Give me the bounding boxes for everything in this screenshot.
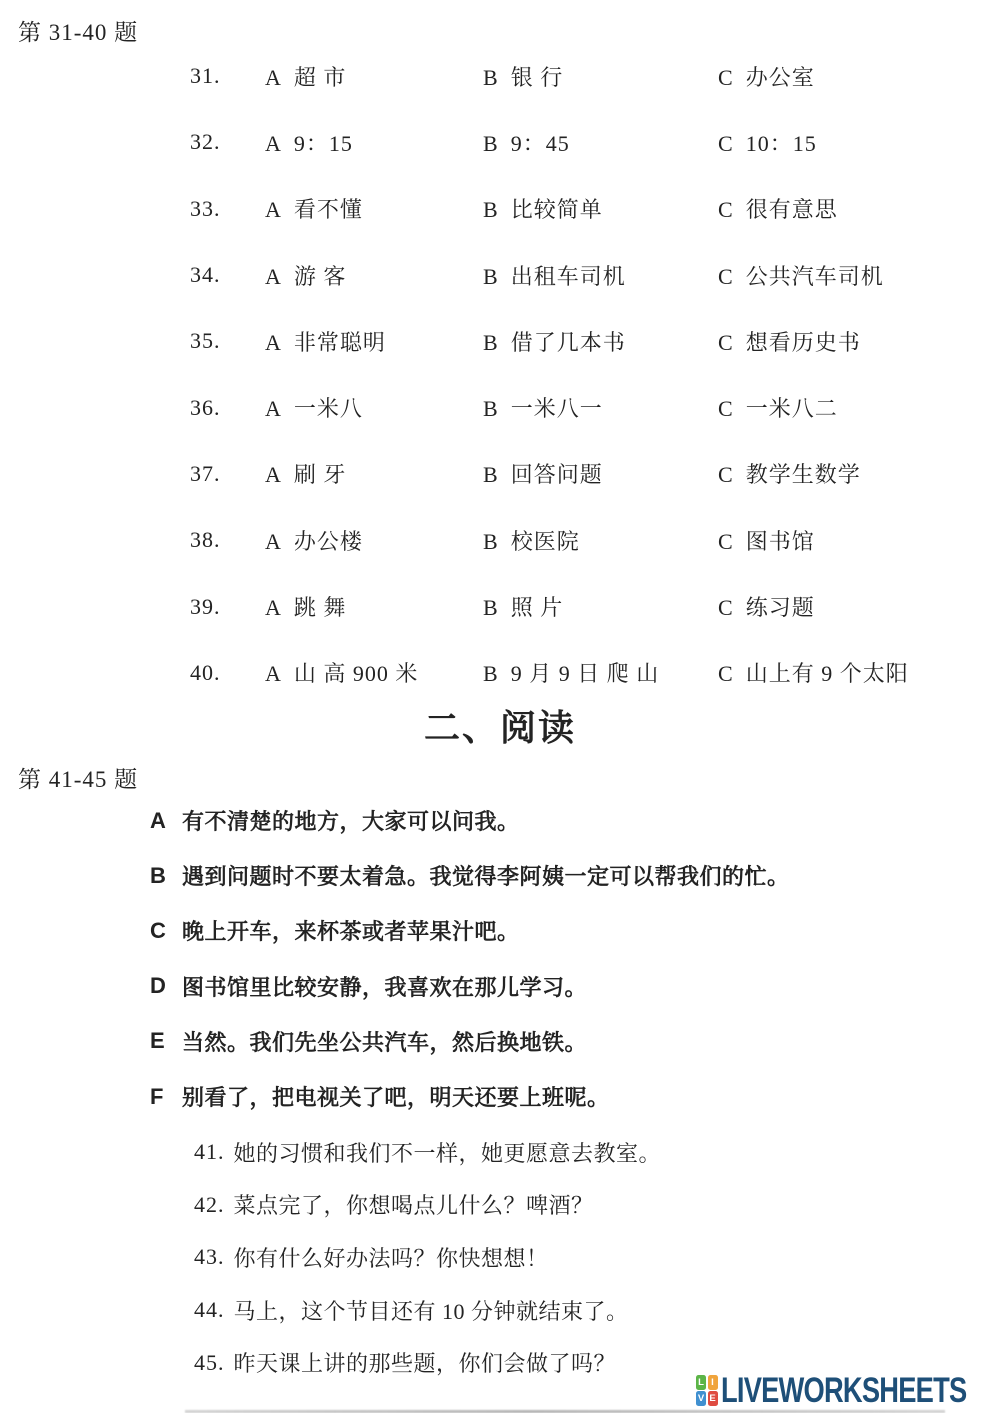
liveworksheets-logo[interactable]: L I V E LIVEWORKSHEETS bbox=[696, 1373, 1000, 1408]
mcq-row-33: 33. A看不懂 B比较简单 C很有意思 bbox=[0, 176, 1000, 242]
choice-text: 有不清楚的地方，大家可以问我。 bbox=[182, 805, 520, 836]
choice-letter: D bbox=[150, 973, 182, 999]
mcq-row-34: 34. A游 客 B出租车司机 C公共汽车司机 bbox=[0, 242, 1000, 308]
option-b[interactable]: B9：45 bbox=[483, 127, 718, 158]
choice-row-d: D 图书馆里比较安静，我喜欢在那儿学习。 bbox=[0, 959, 1000, 1014]
choice-text: 别看了，把电视关了吧，明天还要上班呢。 bbox=[182, 1081, 610, 1112]
choice-row-f: F 别看了，把电视关了吧，明天还要上班呢。 bbox=[0, 1069, 1000, 1124]
choice-letter: F bbox=[150, 1084, 182, 1110]
choice-letter: C bbox=[150, 918, 182, 944]
option-a[interactable]: A游 客 bbox=[265, 260, 483, 291]
option-c[interactable]: C公共汽车司机 bbox=[718, 260, 1000, 291]
choice-text: 当然。我们先坐公共汽车，然后换地铁。 bbox=[182, 1026, 587, 1057]
worksheet-page: 第 31-40 题 31. A超 市 B银 行 C办公室 32. A9：15 B… bbox=[0, 0, 1000, 1413]
choice-letter: E bbox=[150, 1028, 182, 1054]
option-a[interactable]: A刷 牙 bbox=[265, 458, 483, 489]
option-b[interactable]: B照 片 bbox=[483, 591, 718, 622]
question-number: 36. bbox=[190, 395, 265, 421]
option-c[interactable]: C想看历史书 bbox=[718, 326, 1000, 357]
option-a[interactable]: A非常聪明 bbox=[265, 326, 483, 357]
option-b[interactable]: B出租车司机 bbox=[483, 260, 718, 291]
question-text: 马上，这个节目还有 10 分钟就结束了。 bbox=[234, 1295, 629, 1326]
question-text: 你有什么好办法吗？你快想想！ bbox=[234, 1242, 549, 1273]
option-b[interactable]: B比较简单 bbox=[483, 193, 718, 224]
option-b[interactable]: B9 月 9 日 爬 山 bbox=[483, 657, 718, 688]
question-row-43[interactable]: 43. 你有什么好办法吗？你快想想！ bbox=[0, 1231, 1000, 1284]
choice-text: 图书馆里比较安静，我喜欢在那儿学习。 bbox=[182, 971, 587, 1002]
tile-i: I bbox=[708, 1375, 718, 1390]
matching-choice-list: A 有不清楚的地方，大家可以问我。 B 遇到问题时不要太着急。我觉得李阿姨一定可… bbox=[0, 793, 1000, 1124]
section2-header: 第 41-45 题 bbox=[18, 761, 138, 794]
option-b[interactable]: B一米八一 bbox=[483, 392, 718, 423]
section2-title: 二、阅读 bbox=[0, 700, 1000, 751]
option-b[interactable]: B校医院 bbox=[483, 525, 718, 556]
option-a[interactable]: A超 市 bbox=[265, 61, 483, 92]
question-number: 41. bbox=[194, 1139, 225, 1165]
choice-row-c: C 晚上开车，来杯茶或者苹果汁吧。 bbox=[0, 903, 1000, 958]
choice-row-b: B 遇到问题时不要太着急。我觉得李阿姨一定可以帮我们的忙。 bbox=[0, 848, 1000, 903]
question-number: 32. bbox=[190, 129, 265, 155]
question-row-42[interactable]: 42. 菜点完了，你想喝点儿什么？啤酒？ bbox=[0, 1179, 1000, 1232]
mcq-row-39: 39. A跳 舞 B照 片 C练习题 bbox=[0, 573, 1000, 639]
option-a[interactable]: A跳 舞 bbox=[265, 591, 483, 622]
option-c[interactable]: C图书馆 bbox=[718, 525, 1000, 556]
question-text: 她的习惯和我们不一样，她更愿意去教室。 bbox=[234, 1137, 662, 1168]
mcq-row-35: 35. A非常聪明 B借了几本书 C想看历史书 bbox=[0, 308, 1000, 374]
question-number: 44. bbox=[194, 1297, 225, 1323]
option-a[interactable]: A9：15 bbox=[265, 127, 483, 158]
option-c[interactable]: C很有意思 bbox=[718, 193, 1000, 224]
question-number: 40. bbox=[190, 660, 265, 686]
question-number: 31. bbox=[190, 63, 265, 89]
question-row-41[interactable]: 41. 她的习惯和我们不一样，她更愿意去教室。 bbox=[0, 1126, 1000, 1179]
option-a[interactable]: A办公楼 bbox=[265, 525, 483, 556]
option-c[interactable]: C办公室 bbox=[718, 61, 1000, 92]
question-row-44[interactable]: 44. 马上，这个节目还有 10 分钟就结束了。 bbox=[0, 1284, 1000, 1337]
option-a[interactable]: A看不懂 bbox=[265, 193, 483, 224]
matching-question-list: 41. 她的习惯和我们不一样，她更愿意去教室。 42. 菜点完了，你想喝点儿什么… bbox=[0, 1126, 1000, 1389]
option-a[interactable]: A山 高 900 米 bbox=[265, 657, 483, 688]
option-b[interactable]: B银 行 bbox=[483, 61, 718, 92]
tile-l: L bbox=[696, 1375, 706, 1390]
question-number: 34. bbox=[190, 262, 265, 288]
mcq-row-36: 36. A一米八 B一米八一 C一米八二 bbox=[0, 374, 1000, 440]
tile-e: E bbox=[708, 1391, 718, 1406]
choice-row-a: A 有不清楚的地方，大家可以问我。 bbox=[0, 793, 1000, 848]
option-c[interactable]: C10：15 bbox=[718, 127, 1000, 158]
option-a[interactable]: A一米八 bbox=[265, 392, 483, 423]
option-b[interactable]: B回答问题 bbox=[483, 458, 718, 489]
mcq-row-31: 31. A超 市 B银 行 C办公室 bbox=[0, 43, 1000, 109]
question-text: 昨天课上讲的那些题，你们会做了吗？ bbox=[234, 1347, 617, 1378]
mcq-row-40: 40. A山 高 900 米 B9 月 9 日 爬 山 C山上有 9 个太阳 bbox=[0, 640, 1000, 706]
question-number: 43. bbox=[194, 1244, 225, 1270]
question-number: 38. bbox=[190, 527, 265, 553]
choice-letter: B bbox=[150, 863, 182, 889]
question-number: 35. bbox=[190, 328, 265, 354]
option-c[interactable]: C教学生数学 bbox=[718, 458, 1000, 489]
mcq-row-38: 38. A办公楼 B校医院 C图书馆 bbox=[0, 507, 1000, 573]
question-number: 33. bbox=[190, 196, 265, 222]
choice-letter: A bbox=[150, 808, 182, 834]
mcq-row-32: 32. A9：15 B9：45 C10：15 bbox=[0, 109, 1000, 175]
question-number: 42. bbox=[194, 1192, 225, 1218]
question-number: 45. bbox=[194, 1350, 225, 1376]
liveworksheets-wordmark: LIVEWORKSHEETS bbox=[721, 1373, 966, 1408]
choice-text: 晚上开车，来杯茶或者苹果汁吧。 bbox=[182, 915, 520, 946]
mcq-question-list: 31. A超 市 B银 行 C办公室 32. A9：15 B9：45 C10：1… bbox=[0, 43, 1000, 706]
option-b[interactable]: B借了几本书 bbox=[483, 326, 718, 357]
option-c[interactable]: C练习题 bbox=[718, 591, 1000, 622]
mcq-row-37: 37. A刷 牙 B回答问题 C教学生数学 bbox=[0, 441, 1000, 507]
question-number: 39. bbox=[190, 594, 265, 620]
choice-row-e: E 当然。我们先坐公共汽车，然后换地铁。 bbox=[0, 1014, 1000, 1069]
question-number: 37. bbox=[190, 461, 265, 487]
question-text: 菜点完了，你想喝点儿什么？啤酒？ bbox=[234, 1189, 594, 1220]
tile-v: V bbox=[696, 1391, 706, 1406]
choice-text: 遇到问题时不要太着急。我觉得李阿姨一定可以帮我们的忙。 bbox=[182, 860, 790, 891]
liveworksheets-tiles-icon: L I V E bbox=[696, 1375, 718, 1406]
option-c[interactable]: C山上有 9 个太阳 bbox=[718, 657, 1000, 688]
option-c[interactable]: C一米八二 bbox=[718, 392, 1000, 423]
